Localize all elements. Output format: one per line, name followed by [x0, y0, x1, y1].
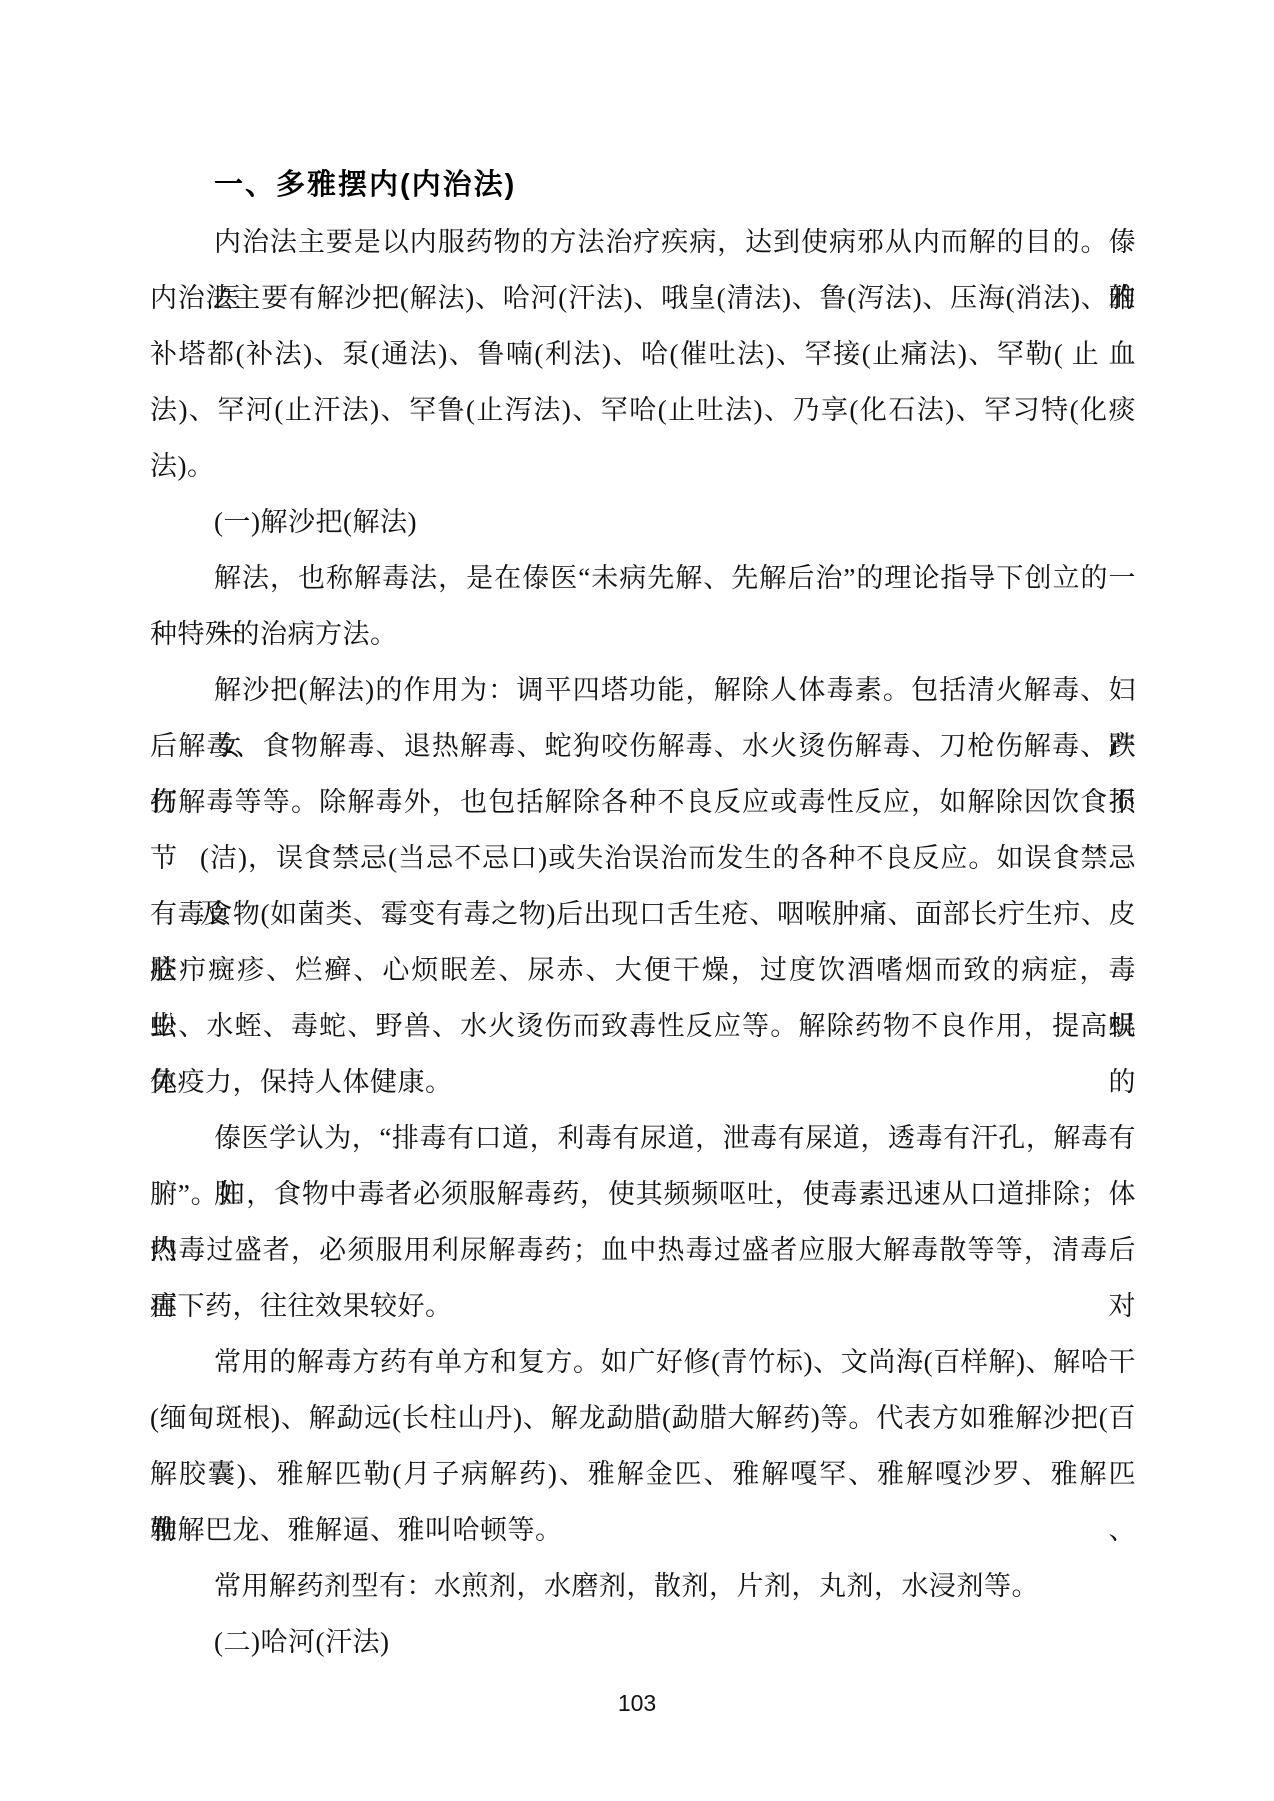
body-line: 伤解毒等等。除解毒外，也包括解除各种不良反应或毒性反应，如解除因饮食不节 [150, 774, 1136, 830]
body-line: 补塔都(补法)、泵(通法)、鲁喃(利法)、哈(催吐法)、罕接(止痛法)、罕勒( … [150, 326, 1136, 382]
body-line: 解沙把(解法)的作用为：调平四塔功能，解除人体毒素。包括清火解毒、妇女产 [150, 662, 1136, 718]
body-line: 解胶囊)、雅解匹勒(月子病解药)、雅解金匹、雅解嘎罕、雅解嘎沙罗、雅解匹勒、 [150, 1446, 1136, 1502]
page-number: 103 [0, 1690, 1274, 1717]
subsection-heading: (一)解沙把(解法) [150, 494, 1136, 550]
body-line: 后解毒、食物解毒、退热解毒、蛇狗咬伤解毒、水火烫伤解毒、刀枪伤解毒、跌打损 [150, 718, 1136, 774]
body-line: 解法，也称解毒法，是在傣医“未病先解、先解后治”的理论指导下创立的一一 [150, 550, 1136, 606]
body-line: 有毒食物(如菌类、霉变有毒之物)后出现口舌生疮、咽喉肿痛、面部长疔生疖、皮肤 [150, 886, 1136, 942]
body-line: 常用的解毒方药有单方和复方。如广好修(青竹标)、文尚海(百样解)、解哈干 [150, 1334, 1136, 1390]
body-line: 内治法主要是以内服药物的方法治疗疾病，达到使病邪从内而解的目的。傣医的 [150, 214, 1136, 270]
body-line: 热毒过盛者，必须服用利尿解毒药；血中热毒过盛者应服大解毒散等等，清毒后再对 [150, 1222, 1136, 1278]
body-line: (缅甸斑根)、解勐远(长柱山丹)、解龙勐腊(勐腊大解药)等。代表方如雅解沙把(百 [150, 1390, 1136, 1446]
body-line: 种特殊的治病方法。 [150, 606, 1136, 662]
body-line: 法)。 [150, 438, 1136, 494]
body-line: (洁)，误食禁忌(当忌不忌口)或失治误治而发生的各种不良反应。如误食禁忌及 [150, 830, 1136, 886]
body-line: 疮疖癍疹、烂癣、心烦眠差、尿赤、大便干燥，过度饮酒嗜烟而致的病症，毒虫、蜈 [150, 942, 1136, 998]
section-heading: 一、多雅摆内(内治法) [150, 156, 1136, 214]
text-block: 一、多雅摆内(内治法) 内治法主要是以内服药物的方法治疗疾病，达到使病邪从内而解… [150, 156, 1136, 1670]
body-line: 法)、罕河(止汗法)、罕鲁(止泻法)、罕哈(止吐法)、乃享(化石法)、罕习特(化… [150, 382, 1136, 438]
document-page: 一、多雅摆内(内治法) 内治法主要是以内服药物的方法治疗疾病，达到使病邪从内而解… [0, 0, 1274, 1801]
body-line: 内治法主要有解沙把(解法)、哈河(汗法)、哦皇(清法)、鲁(泻法)、压海(消法)… [150, 270, 1136, 326]
body-line: 腑”。如，食物中毒者必须服解毒药，使其频频呕吐，使毒素迅速从口道排除；体内 [150, 1166, 1136, 1222]
body-line: 傣医学认为，“排毒有口道，利毒有尿道，泄毒有屎道，透毒有汗孔，解毒有脏 [150, 1110, 1136, 1166]
body-line: 常用解药剂型有：水煎剂，水磨剂，散剂，片剂，丸剂，水浸剂等。 [150, 1558, 1136, 1614]
body-line: 蚣、水蛭、毒蛇、野兽、水火烫伤而致毒性反应等。解除药物不良作用，提高机体的 [150, 998, 1136, 1054]
subsection-heading: (二)哈河(汗法) [150, 1614, 1136, 1670]
